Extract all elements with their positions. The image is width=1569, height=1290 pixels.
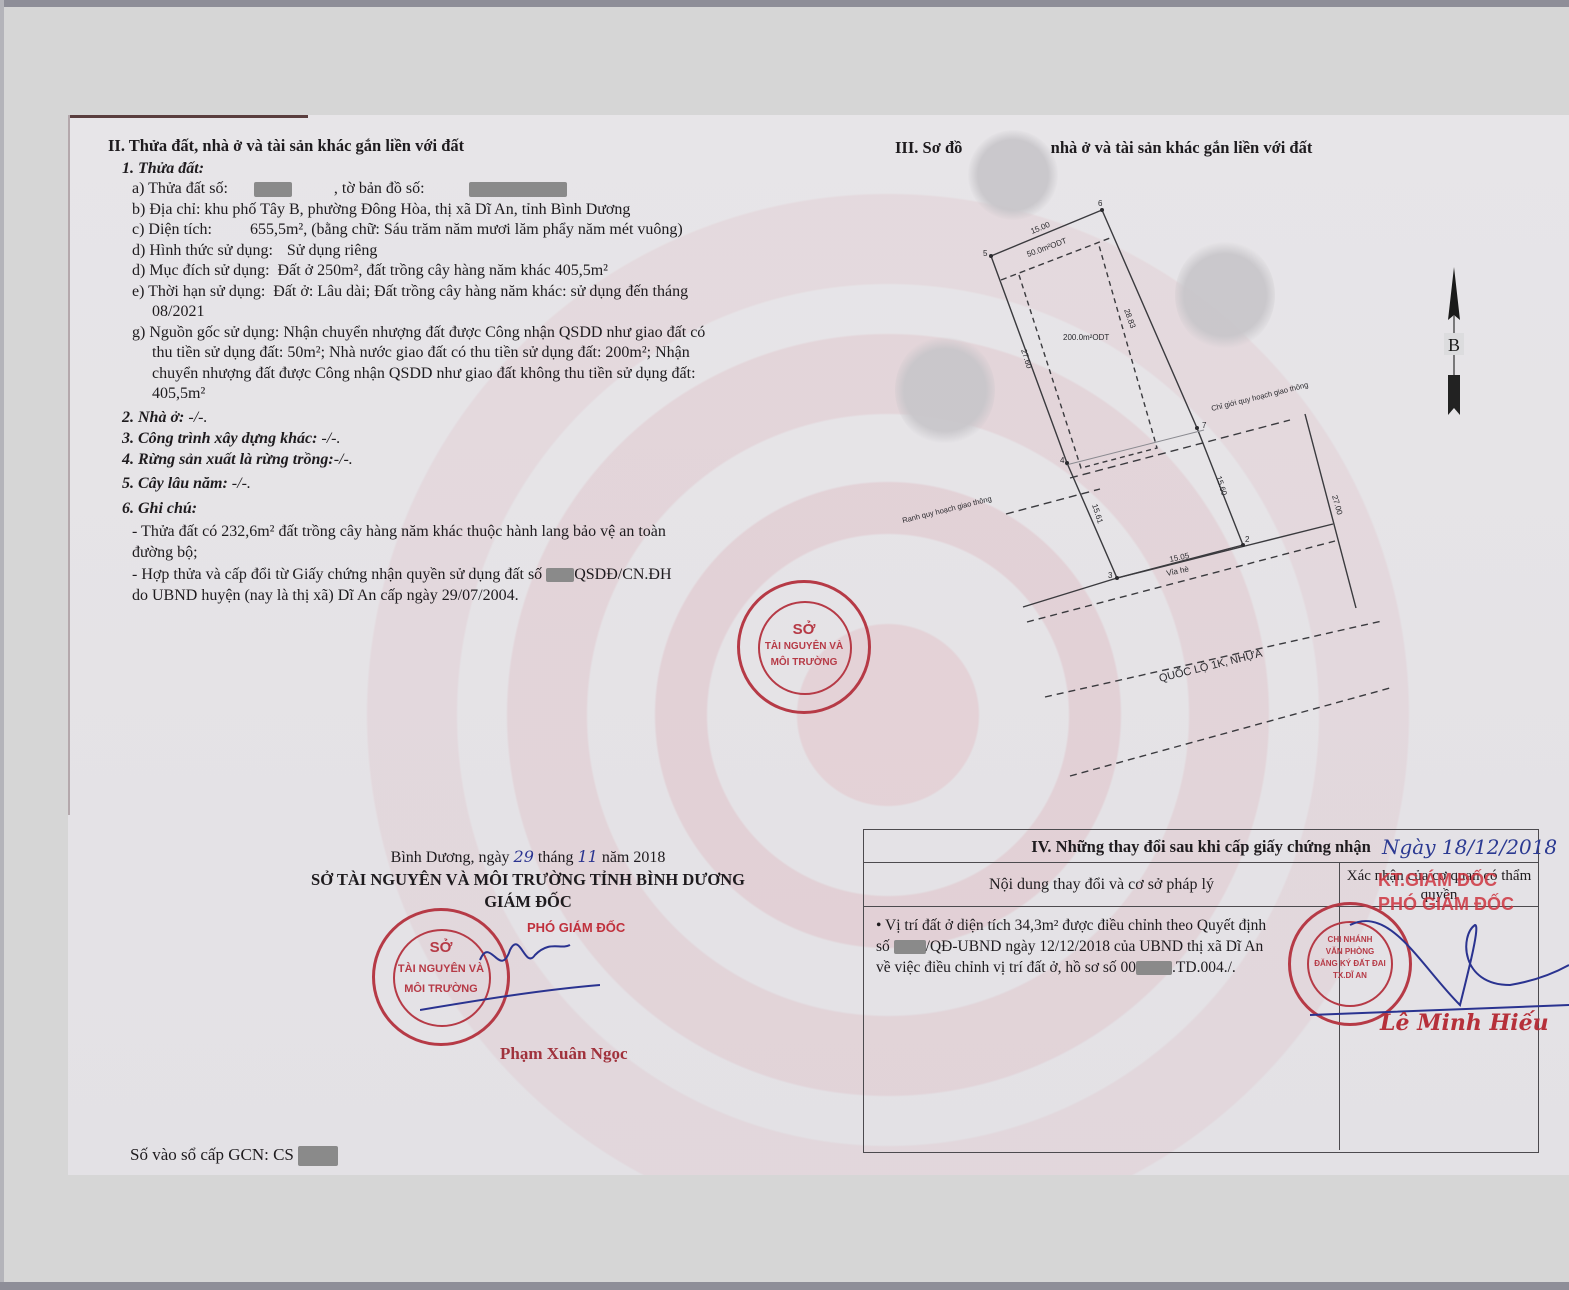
notes-heading: 6. Ghi chú: <box>122 499 808 520</box>
construction-label: 3. Công trình xây dựng khác: <box>122 430 317 447</box>
origin-value-cont: 405,5m² <box>152 384 808 405</box>
registry-number-redacted <box>298 1146 338 1166</box>
svg-text:27.00: 27.00 <box>1330 494 1344 516</box>
construction-value: -/-. <box>321 430 340 447</box>
file-number-redacted <box>1136 961 1172 975</box>
origin-label: g) Nguồn gốc sử dụng: <box>132 324 279 341</box>
address-label: b) Địa chỉ: <box>132 201 200 218</box>
date-day: 29 <box>514 847 534 866</box>
svg-text:Chỉ giới quy hoạch giao thông: Chỉ giới quy hoạch giao thông <box>1210 380 1309 413</box>
registry-number: Số vào sổ cấp GCN: CS <box>130 1145 338 1166</box>
point-7: 7 <box>1202 421 1207 430</box>
issuing-org: SỞ TÀI NGUYÊN VÀ MÔI TRƯỜNG TỈNH BÌNH DƯ… <box>278 869 778 891</box>
decision-number-redacted <box>894 940 926 954</box>
term-value: Đất ở: Lâu dài; Đất trồng cây hàng năm k… <box>273 283 688 300</box>
window-top-border <box>0 0 1569 7</box>
seal-text: MÔI TRƯỜNG <box>740 657 868 668</box>
parcel-number-redacted <box>254 182 292 197</box>
section-2-title: II. Thửa đất, nhà ở và tài sản khác gắn … <box>108 136 808 157</box>
entry-text: về việc điều chỉnh vị trí đất ở, hồ sơ s… <box>876 959 1136 976</box>
section-land-info: II. Thửa đất, nhà ở và tài sản khác gắn … <box>108 136 808 606</box>
term-label: e) Thời hạn sử dụng: <box>132 283 265 300</box>
map-sheet-label: , tờ bản đồ số: <box>334 180 425 197</box>
usage-form-label: d) Hình thức sử dụng: <box>132 242 273 259</box>
section-3-title-post: nhà ở và tài sản khác gắn liền với đất <box>1051 138 1313 157</box>
note-2: - Hợp thửa và cấp đổi từ Giấy chứng nhận… <box>132 565 808 586</box>
perennial-value: -/-. <box>232 475 251 492</box>
column-content: Nội dung thay đổi và cơ sở pháp lý <box>864 863 1340 906</box>
area-row: c) Diện tích: 655,5m², (bằng chữ: Sáu tr… <box>132 220 808 241</box>
address-row: b) Địa chỉ: khu phố Tây B, phường Đông H… <box>132 200 808 221</box>
svg-text:200.0m²ODT: 200.0m²ODT <box>1063 333 1109 342</box>
svg-text:28.83: 28.83 <box>1122 308 1137 330</box>
term-value-cont: 08/2021 <box>152 302 808 323</box>
window-left-border <box>0 0 4 1290</box>
change-entry: • Vị trí đất ở diện tích 34,3m² được điề… <box>864 907 1340 1150</box>
point-4: 4 <box>1060 456 1065 465</box>
perennial-item: 5. Cây lâu năm: -/-. <box>122 474 808 495</box>
section-3-title-pre: III. Sơ đồ <box>895 138 962 157</box>
svg-text:QUỐC LỘ 1K, NHỰA: QUỐC LỘ 1K, NHỰA <box>1157 646 1264 685</box>
svg-text:Ranh quy hoạch giao thông: Ranh quy hoạch giao thông <box>901 494 992 525</box>
note-2-cont: do UBND huyện (nay là thị xã) Dĩ An cấp … <box>132 586 808 607</box>
point-6: 6 <box>1098 199 1103 208</box>
registry-label: Số vào sổ cấp GCN: CS <box>130 1145 294 1164</box>
perennial-label: 5. Cây lâu năm: <box>122 475 228 492</box>
date-prefix: Bình Dương, ngày <box>391 849 510 866</box>
forest-value: -/-. <box>334 451 353 468</box>
page-edge <box>68 115 308 118</box>
page-edge-left <box>68 115 70 815</box>
signer-name: Phạm Xuân Ngọc <box>500 1044 628 1064</box>
other-assets-list: 2. Nhà ở: -/-. 3. Công trình xây dựng kh… <box>108 408 808 495</box>
old-certificate-number-redacted <box>546 568 574 582</box>
signature-scribble-2 <box>1310 905 1569 1025</box>
change-entry-line: về việc điều chỉnh vị trí đất ở, hồ sơ s… <box>876 957 1333 978</box>
entry-text: .TD.004./. <box>1172 959 1236 976</box>
map-sheet-redacted <box>469 182 567 197</box>
point-2: 2 <box>1245 535 1250 544</box>
point-5: 5 <box>983 249 988 258</box>
seal-text: TÀI NGUYÊN VÀ <box>740 641 868 652</box>
svg-text:27.60: 27.60 <box>1019 348 1034 370</box>
date-year: năm 2018 <box>602 849 666 866</box>
handwritten-date: Ngày 18/12/2018 <box>1382 835 1557 859</box>
origin-value-cont: chuyển nhượng đất được Công nhận QSDD nh… <box>152 364 808 385</box>
construction-item: 3. Công trình xây dựng khác: -/-. <box>122 429 808 450</box>
change-entry-line: số /QĐ-UBND ngày 12/12/2018 của UBND thị… <box>876 936 1333 957</box>
issue-date: Bình Dương, ngày 29 tháng 11 năm 2018 <box>278 846 778 869</box>
forest-item: 4. Rừng sản xuất là rừng trồng:-/-. <box>122 450 808 471</box>
usage-form-row: d) Hình thức sử dụng: Sử dụng riêng <box>132 241 808 262</box>
land-heading: 1. Thửa đất: <box>122 159 808 180</box>
address-value: khu phố Tây B, phường Đông Hòa, thị xã D… <box>204 201 630 218</box>
origin-value-cont: thu tiền sử dụng đất: 50m²; Nhà nước gia… <box>152 343 808 364</box>
land-plot-diagram: 5 6 7 2 3 4 15.00 50.0m²ODT 200.0m²ODT 2… <box>880 180 1400 800</box>
parcel-label: a) Thửa đất số: <box>132 180 228 197</box>
svg-text:Vỉa hè: Vỉa hè <box>1166 564 1191 578</box>
signer-role: GIÁM ĐỐC <box>278 891 778 913</box>
date-month: 11 <box>577 847 597 866</box>
purpose-label: d) Mục đích sử dụng: <box>132 262 270 279</box>
area-label: c) Diện tích: <box>132 221 212 238</box>
stamp-title-line: KT.GIÁM ĐỐC <box>1378 868 1514 892</box>
change-entry-line: • Vị trí đất ở diện tích 34,3m² được điề… <box>876 915 1333 936</box>
purpose-row: d) Mục đích sử dụng: Đất ở 250m², đất tr… <box>132 261 808 282</box>
note-2-text: - Hợp thửa và cấp đổi từ Giấy chứng nhận… <box>132 566 542 583</box>
svg-text:15.60: 15.60 <box>1214 475 1229 497</box>
svg-text:15.00: 15.00 <box>1029 220 1051 236</box>
house-item: 2. Nhà ở: -/-. <box>122 408 808 429</box>
house-label: 2. Nhà ở: <box>122 409 184 426</box>
svg-text:B: B <box>1448 335 1460 355</box>
usage-form-value: Sử dụng riêng <box>287 242 377 259</box>
origin-value: Nhận chuyển nhượng đất được Công nhận QS… <box>283 324 705 341</box>
house-value: -/-. <box>188 409 207 426</box>
purpose-value: Đất ở 250m², đất trồng cây hàng năm khác… <box>278 262 608 279</box>
seal-text: SỞ <box>740 621 868 638</box>
origin-row: g) Nguồn gốc sử dụng: Nhận chuyển nhượng… <box>132 323 808 344</box>
date-month-label: tháng <box>538 849 574 866</box>
north-arrow-icon: B <box>1438 265 1470 425</box>
signature-block: Bình Dương, ngày 29 tháng 11 năm 2018 SỞ… <box>278 846 778 913</box>
svg-text:15.05: 15.05 <box>1169 551 1191 564</box>
area-value: 655,5m², (bằng chữ: Sáu trăm năm mươi lă… <box>250 221 683 238</box>
note-1: - Thửa đất có 232,6m² đất trồng cây hàng… <box>132 522 808 543</box>
note-1-cont: đường bộ; <box>132 543 808 564</box>
point-3: 3 <box>1108 571 1113 580</box>
window-bottom-border <box>0 1282 1569 1290</box>
section-3-title: III. Sơ đồ nhà ở và tài sản khác gắn liề… <box>895 138 1312 158</box>
forest-label: 4. Rừng sản xuất là rừng trồng: <box>122 451 334 468</box>
signer-name-2: Lê Minh Hiếu <box>1380 1010 1549 1036</box>
term-row: e) Thời hạn sử dụng: Đất ở: Lâu dài; Đất… <box>132 282 808 303</box>
note-2-suffix: QSDĐ/CN.ĐH <box>574 566 671 583</box>
department-seal: SỞ TÀI NGUYÊN VÀ MÔI TRƯỜNG <box>737 580 871 714</box>
entry-text: /QĐ-UBND ngày 12/12/2018 của UBND thị xã… <box>926 938 1264 955</box>
entry-text: số <box>876 938 890 955</box>
parcel-row: a) Thửa đất số: , tờ bản đồ số: <box>132 179 808 200</box>
signature-scribble <box>420 930 600 1020</box>
